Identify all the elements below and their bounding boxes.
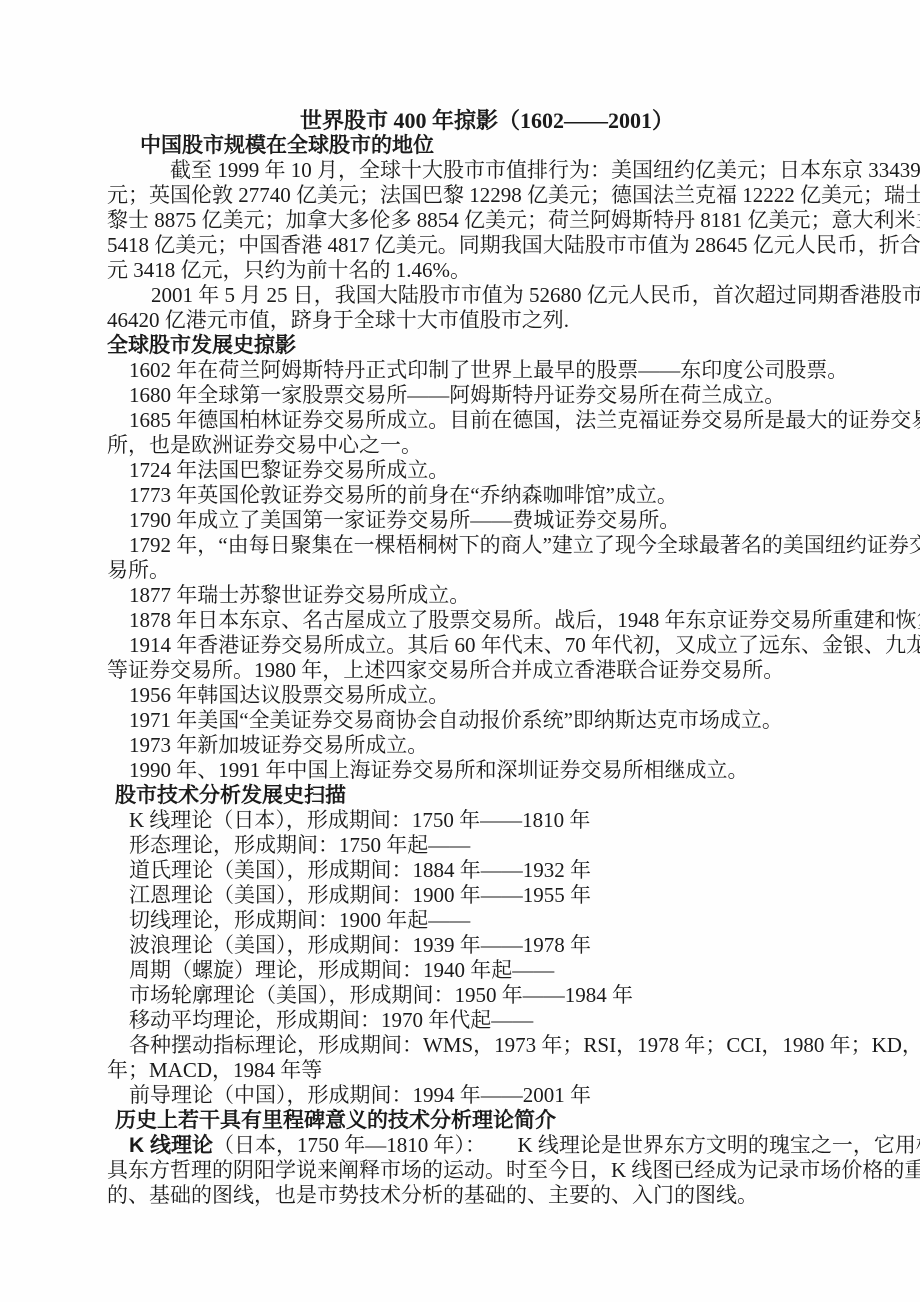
text-line: 1914 年香港证券交易所成立。其后 60 年代末、70 年代初，又成立了远东、… [107, 633, 807, 658]
text-line: 等证券交易所。1980 年，上述四家交易所合并成立香港联合证券交易所。 [107, 658, 807, 683]
text-line: 1878 年日本东京、名古屋成立了股票交易所。战后，1948 年东京证券交易所重… [107, 608, 807, 633]
text-line: 1792 年，“由每日聚集在一棵梧桐树下的商人”建立了现今全球最著名的美国纽约证… [107, 533, 807, 558]
text-line: 所，也是欧洲证券交易中心之一。 [107, 433, 807, 458]
text-line: 前导理论（中国），形成期间：1994 年——2001 年 [107, 1083, 807, 1108]
text-line: 年；MACD，1984 年等 [107, 1058, 807, 1083]
text-line: 的、基础的图线，也是市势技术分析的基础的、主要的、入门的图线。 [107, 1183, 807, 1208]
text-line: 元；英国伦敦 27740 亿美元；法国巴黎 12298 亿美元；德国法兰克福 1… [107, 183, 807, 208]
document-title: 世界股市 400 年掠影（1602——2001） [137, 108, 837, 133]
text-line: 1877 年瑞士苏黎世证券交易所成立。 [107, 583, 807, 608]
text-line: 道氏理论（美国），形成期间：1884 年——1932 年 [107, 858, 807, 883]
text-line: 1990 年、1991 年中国上海证券交易所和深圳证券交易所相继成立。 [107, 758, 807, 783]
text-line: 易所。 [107, 558, 807, 583]
text-line: 具东方哲理的阴阳学说来阐释市场的运动。时至今日，K 线图已经成为记录市场价格的重… [107, 1158, 807, 1183]
text-line: 江恩理论（美国），形成期间：1900 年——1955 年 [107, 883, 807, 908]
text-line: 1773 年英国伦敦证券交易所的前身在“乔纳森咖啡馆”成立。 [107, 483, 807, 508]
text-line: 截至 1999 年 10 月，全球十大股市市值排行为：美国纽约亿美元；日本东京 … [107, 158, 807, 183]
section-heading: 中国股市规模在全球股市的地位 [107, 133, 807, 158]
text-line: K 线理论（日本），形成期间：1750 年——1810 年 [107, 808, 807, 833]
text-line: 2001 年 5 月 25 日，我国大陆股市市值为 52680 亿元人民币，首次… [107, 283, 807, 308]
text-line: 5418 亿美元；中国香港 4817 亿美元。同期我国大陆股市市值为 28645… [107, 233, 807, 258]
text-line: 元 3418 亿元，只约为前十名的 1.46%。 [107, 258, 807, 283]
text-line: 1724 年法国巴黎证券交易所成立。 [107, 458, 807, 483]
text-line: 1971 年美国“全美证券交易商协会自动报价系统”即纳斯达克市场成立。 [107, 708, 807, 733]
document-page: 世界股市 400 年掠影（1602——2001） 中国股市规模在全球股市的地位截… [0, 0, 920, 1302]
text-line: 市场轮廓理论（美国），形成期间：1950 年——1984 年 [107, 983, 807, 1008]
text-line: 波浪理论（美国），形成期间：1939 年——1978 年 [107, 933, 807, 958]
text-line: 1685 年德国柏林证券交易所成立。目前在德国，法兰克福证券交易所是最大的证券交… [107, 408, 807, 433]
text-line: 周期（螺旋）理论，形成期间：1940 年起—— [107, 958, 807, 983]
section-heading: 历史上若干具有里程碑意义的技术分析理论简介 [107, 1108, 807, 1133]
text-line: 46420 亿港元市值，跻身于全球十大市值股市之列. [107, 308, 807, 333]
document-body: 中国股市规模在全球股市的地位截至 1999 年 10 月，全球十大股市市值排行为… [107, 133, 807, 1208]
section-heading: 全球股市发展史掠影 [107, 333, 807, 358]
text-line: 移动平均理论，形成期间：1970 年代起—— [107, 1008, 807, 1033]
text-line: 形态理论，形成期间：1750 年起—— [107, 833, 807, 858]
document-content: 世界股市 400 年掠影（1602——2001） 中国股市规模在全球股市的地位截… [107, 108, 807, 1208]
text-line: 各种摆动指标理论，形成期间：WMS，1973 年；RSI，1978 年；CCI，… [107, 1033, 807, 1058]
text-line: 1680 年全球第一家股票交易所——阿姆斯特丹证券交易所在荷兰成立。 [107, 383, 807, 408]
text-line: 切线理论，形成期间：1900 年起—— [107, 908, 807, 933]
text-line: 1602 年在荷兰阿姆斯特丹正式印制了世界上最早的股票——东印度公司股票。 [107, 358, 807, 383]
text-line: K 线理论（日本，1750 年—1810 年）： K 线理论是世界东方文明的瑰宝… [107, 1133, 807, 1158]
text-line: 黎士 8875 亿美元；加拿大多伦多 8854 亿美元；荷兰阿姆斯特丹 8181… [107, 208, 807, 233]
text-line: 1973 年新加坡证券交易所成立。 [107, 733, 807, 758]
bold-term: K 线理论 [129, 1134, 213, 1157]
text-line: 1956 年韩国达议股票交易所成立。 [107, 683, 807, 708]
text-line: 1790 年成立了美国第一家证券交易所——费城证券交易所。 [107, 508, 807, 533]
section-heading: 股市技术分析发展史扫描 [107, 783, 807, 808]
